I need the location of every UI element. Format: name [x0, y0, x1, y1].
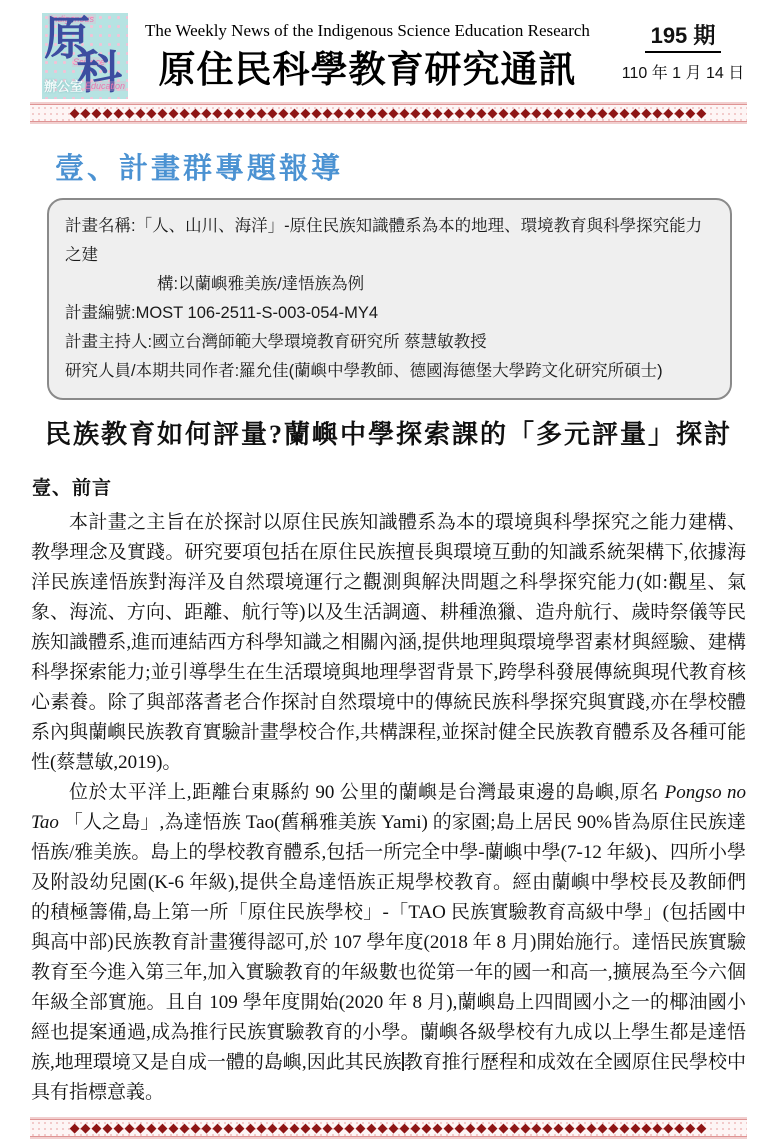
- text-segment: 本計畫之主旨在於探討以原住民族知識體系為本的環境與科學探究之能力建構、教學理念及…: [31, 512, 746, 773]
- logo: Indigenous 原 Science 科 辦公室 Education: [42, 13, 128, 99]
- project-info-box: 計畫名稱:「人、山川、海洋」-原住民族知識體系為本的地理、環境教育與科學探究能力…: [47, 198, 732, 400]
- logo-label-education: Education: [84, 81, 126, 91]
- section-heading: 壹、計畫群專題報導: [55, 149, 777, 190]
- masthead-titles: The Weekly News of the Indigenous Scienc…: [128, 13, 607, 91]
- issue-number: 195 期: [645, 23, 722, 53]
- logo-label-office: 辦公室: [44, 76, 83, 95]
- project-box-line: 計畫主持人:國立台灣師範大學環境教育研究所 蔡慧敏教授: [65, 328, 714, 357]
- intro-section-label: 壹、前言: [32, 473, 777, 500]
- article-title: 民族教育如何評量?蘭嶼中學探索課的「多元評量」探討: [10, 416, 767, 454]
- decorative-border-bottom: ◆◆◆◆◆◆◆◆◆◆◆◆◆◆◆◆◆◆◆◆◆◆◆◆◆◆◆◆◆◆◆◆◆◆◆◆◆◆◆◆…: [30, 1119, 747, 1137]
- issue-date: 110 年 1 月 14 日: [607, 60, 759, 83]
- project-box-line: 計畫名稱:「人、山川、海洋」-原住民族知識體系為本的地理、環境教育與科學探究能力…: [65, 212, 714, 270]
- masthead-english-title: The Weekly News of the Indigenous Scienc…: [128, 21, 607, 41]
- issue-info: 195 期 110 年 1 月 14 日: [607, 13, 759, 83]
- project-box-line: 計畫編號:MOST 106-2511-S-003-054-MY4: [65, 299, 714, 328]
- text-segment: 「人之島」,為達悟族 Tao(舊稱雅美族 Yami) 的家園;島上居民 90%皆…: [31, 812, 746, 1073]
- article-body: 本計畫之主旨在於探討以原住民族知識體系為本的環境與科學探究之能力建構、教學理念及…: [31, 508, 746, 1108]
- masthead-chinese-title: 原住民科學教育研究通訊: [128, 50, 607, 91]
- body-paragraph: 本計畫之主旨在於探討以原住民族知識體系為本的環境與科學探究之能力建構、教學理念及…: [31, 508, 746, 778]
- project-box-line: 研究人員/本期共同作者:羅允佳(蘭嶼中學教師、德國海德堡大學跨文化研究所碩士): [65, 357, 714, 386]
- decorative-border-top: ◆◆◆◆◆◆◆◆◆◆◆◆◆◆◆◆◆◆◆◆◆◆◆◆◆◆◆◆◆◆◆◆◆◆◆◆◆◆◆◆…: [30, 104, 747, 122]
- newsletter-page: Indigenous 原 Science 科 辦公室 Education The…: [0, 0, 777, 1147]
- body-paragraph: 位於太平洋上,距離台東縣約 90 公里的蘭嶼是台灣最東邊的島嶼,原名 Pongs…: [31, 778, 746, 1108]
- text-segment: 位於太平洋上,距離台東縣約 90 公里的蘭嶼是台灣最東邊的島嶼,原名: [69, 782, 665, 803]
- header: Indigenous 原 Science 科 辦公室 Education The…: [0, 0, 777, 101]
- project-box-line: 構:以蘭嶼雅美族/達悟族為例: [65, 270, 714, 299]
